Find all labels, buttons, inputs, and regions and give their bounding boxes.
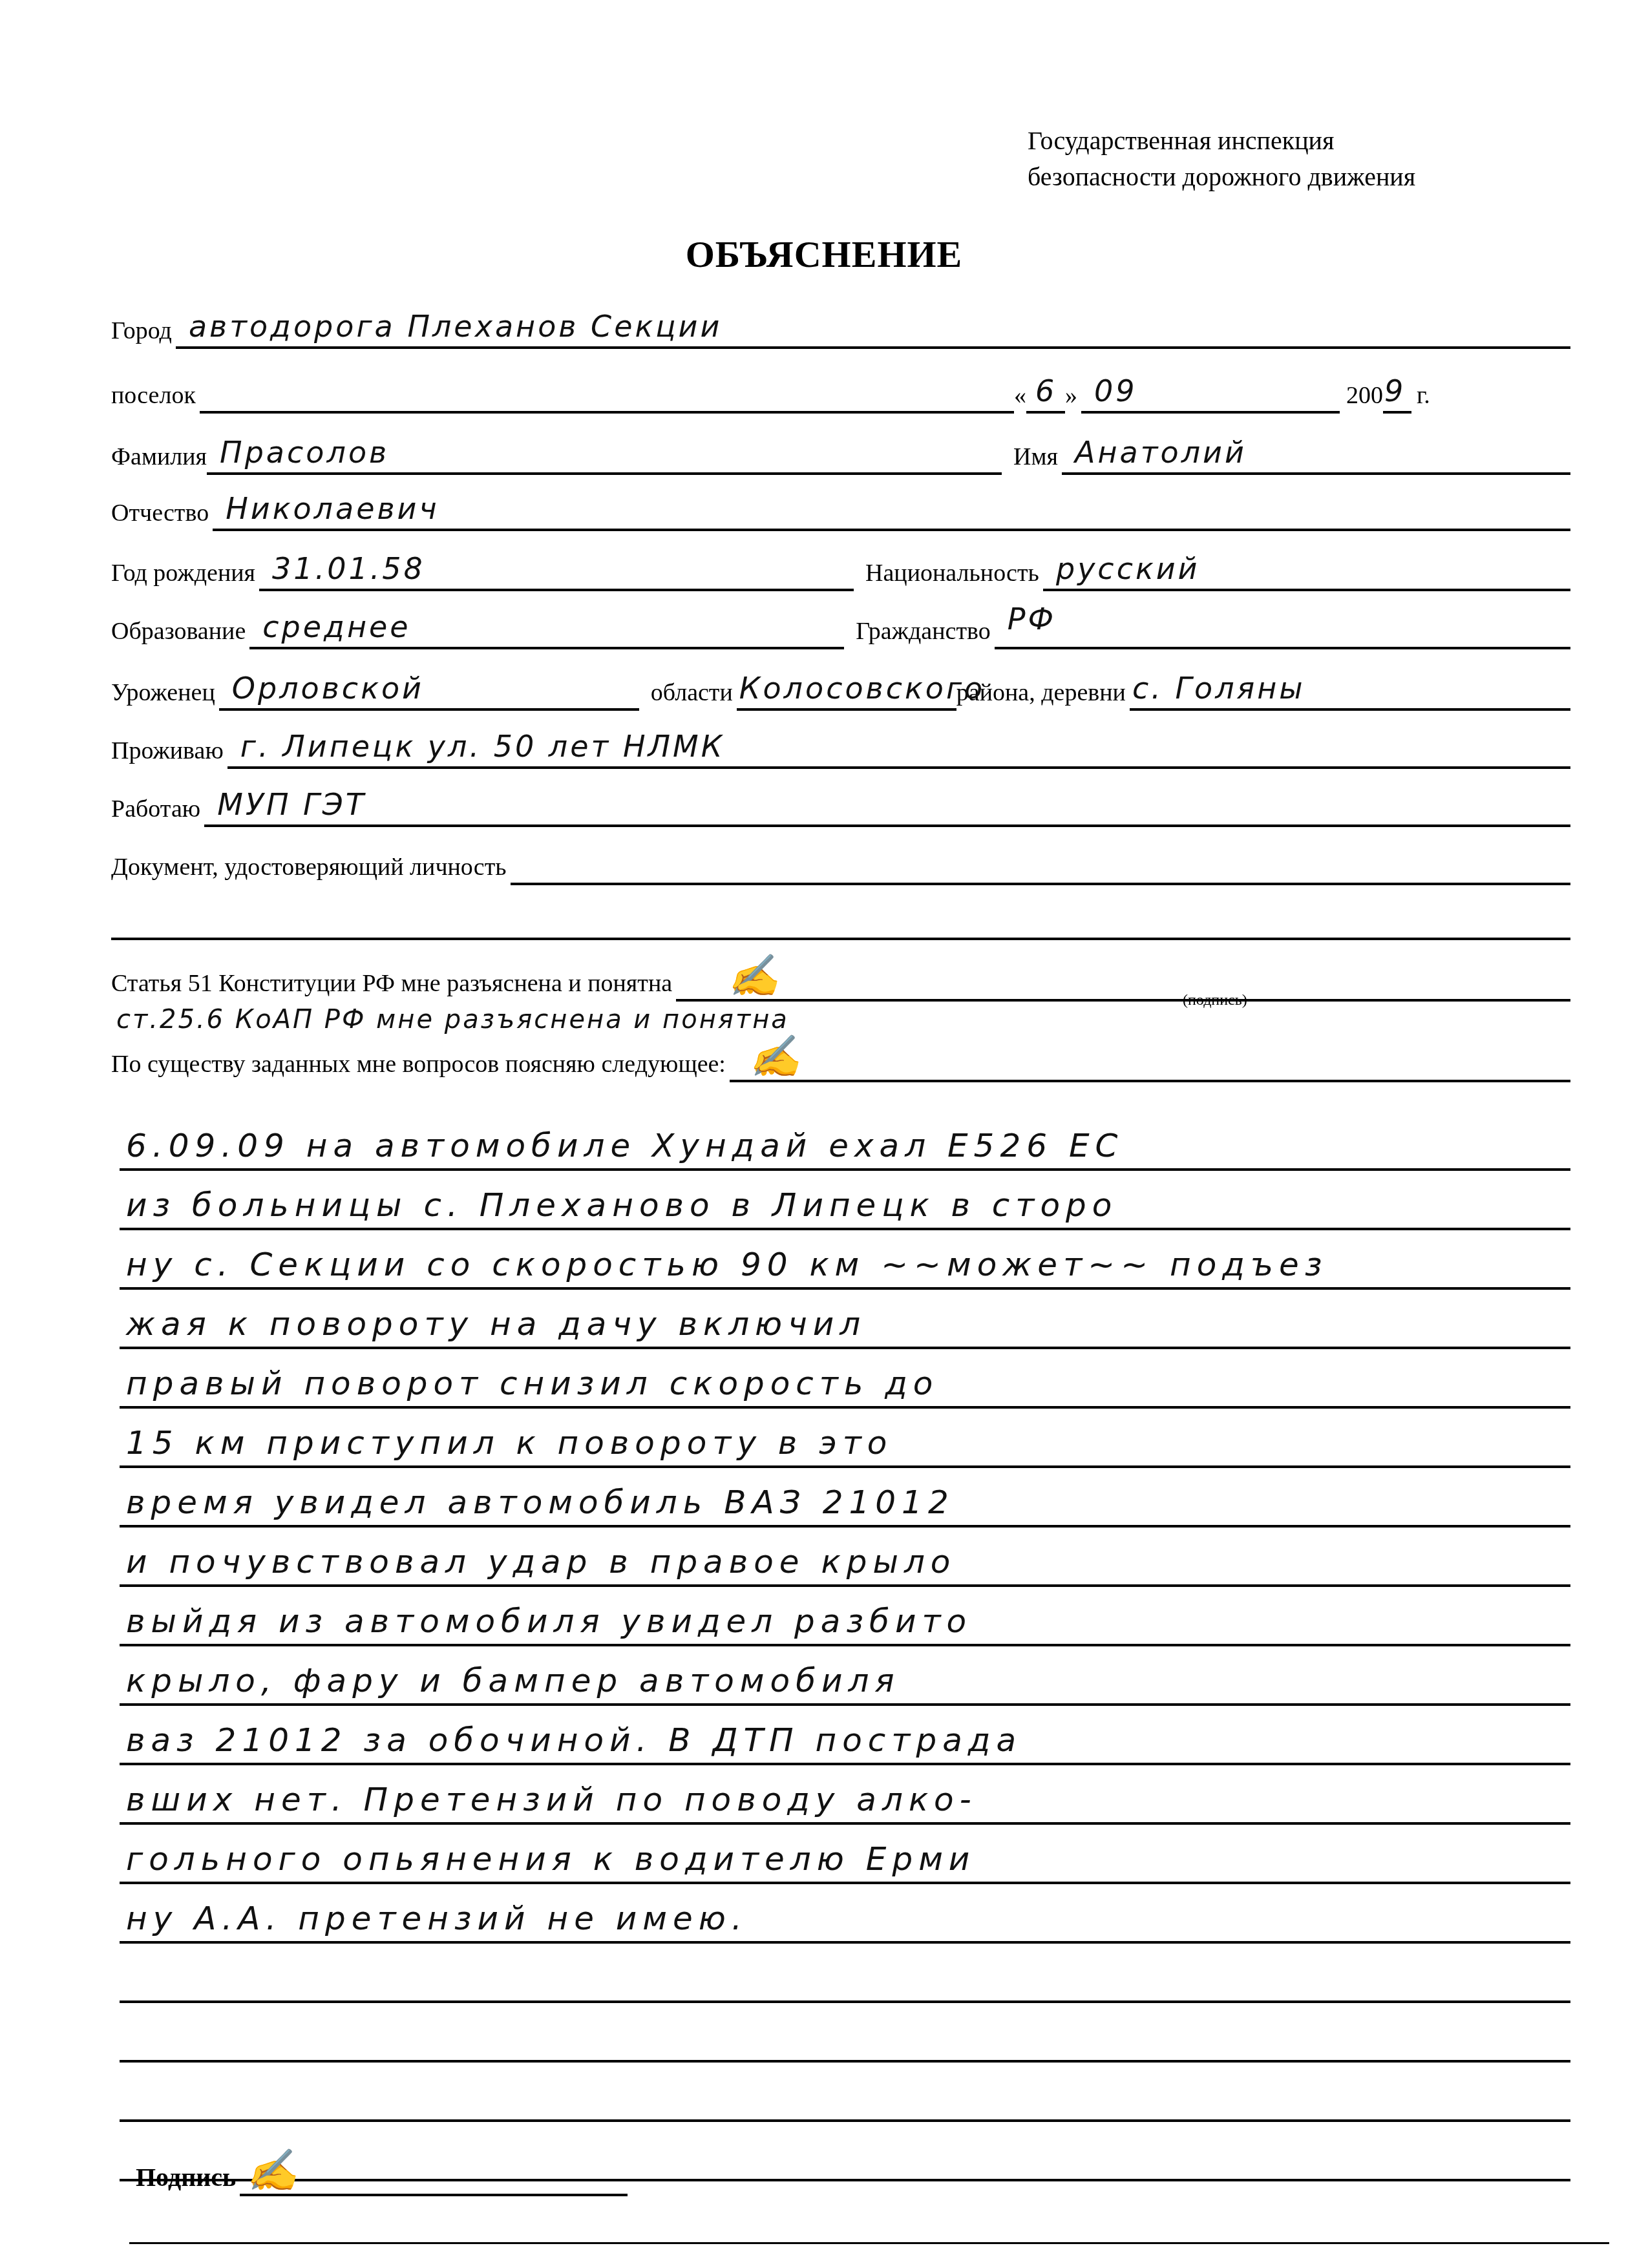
- agency-line-2: безопасности дорожного движения: [1028, 159, 1415, 195]
- first-name-label: Имя: [1013, 443, 1058, 475]
- id-document-row: Документ, удостоверяющий личность: [111, 840, 1570, 885]
- narrative-line[interactable]: время увидел автомобиль ВАЗ 21012: [120, 1468, 1570, 1528]
- birth-nationality-row: Год рождения 31.01.58 Национальность рус…: [111, 546, 1570, 591]
- date-month-value: 09: [1094, 373, 1137, 408]
- narrative-line[interactable]: жая к повороту на дачу включил: [120, 1290, 1570, 1349]
- residence-value: г. Липецк ул. 50 лет НЛМК: [240, 729, 725, 764]
- nationality-value: русский: [1056, 551, 1200, 586]
- settlement-date-row: поселок « 6 » 09 200 9 г.: [111, 368, 1570, 414]
- article51-label: Статья 51 Конституции РФ мне разъяснена …: [111, 969, 672, 1002]
- narrative-text: гольного опьянения к водителю Ерми: [126, 1840, 975, 1878]
- education-value: среднее: [262, 609, 410, 644]
- nationality-label: Национальность: [865, 559, 1039, 591]
- narrative-line[interactable]: ваз 21012 за обочиной. В ДТП пострада: [120, 1706, 1570, 1765]
- birth-date-label: Год рождения: [111, 559, 255, 591]
- settlement-field[interactable]: [200, 371, 1014, 414]
- city-row: Город автодорога Плеханов Секции: [111, 304, 1570, 349]
- region-label: области: [651, 678, 733, 711]
- settlement-label: поселок: [111, 381, 196, 414]
- patronymic-value: Николаевич: [226, 491, 439, 526]
- id-document-field[interactable]: [511, 843, 1570, 885]
- id-document-row-2: [111, 895, 1570, 940]
- narrative-line[interactable]: 15 км приступил к повороту в это: [120, 1409, 1570, 1468]
- signature-row: Подпись ✍: [136, 2155, 628, 2196]
- native-of-label: Уроженец: [111, 678, 215, 711]
- narrative-line[interactable]: и почувствовал удар в правое крыло: [120, 1528, 1570, 1587]
- birth-date-field[interactable]: 31.01.58: [259, 549, 854, 591]
- narrative-text: правый поворот снизил скорость до: [126, 1365, 938, 1402]
- narrative-line[interactable]: из больницы с. Плехановo в Липецк в стор…: [120, 1171, 1570, 1230]
- surname-field[interactable]: Прасолов: [207, 432, 1002, 475]
- workplace-value: МУП ГЭТ: [217, 787, 366, 822]
- workplace-field[interactable]: МУП ГЭТ: [204, 784, 1570, 827]
- narrative-text: жая к повороту на дачу включил: [126, 1305, 866, 1343]
- narrative-line[interactable]: вших нет. Претензий по поводу алко-: [120, 1765, 1570, 1825]
- signature-field[interactable]: ✍: [240, 2155, 628, 2196]
- page-bottom-rule: [129, 2242, 1609, 2244]
- narrative-text: ну с. Секции со скоростью 90 км ~~может~…: [126, 1246, 1327, 1283]
- date-month-field[interactable]: 09: [1081, 371, 1340, 414]
- narrative-text: из больницы с. Плехановo в Липецк в стор…: [126, 1186, 1117, 1224]
- date-year-prefix: 200: [1346, 381, 1383, 414]
- agency-header: Государственная инспекция безопасности д…: [1028, 123, 1415, 195]
- native-of-field[interactable]: Орловской: [219, 668, 639, 711]
- date-day-open: «: [1014, 381, 1026, 414]
- document-title: ОБЪЯСНЕНИЕ: [0, 233, 1648, 276]
- city-field[interactable]: автодорога Плеханов Секции: [176, 306, 1570, 349]
- narrative-text: выйдя из автомобиля увидел разбито: [126, 1602, 972, 1640]
- date-day-field[interactable]: 6: [1026, 371, 1065, 414]
- residence-field[interactable]: г. Липецк ул. 50 лет НЛМК: [227, 726, 1570, 769]
- citizenship-label: Гражданство: [856, 617, 990, 649]
- region-value: Колосовского: [739, 671, 985, 706]
- agency-line-1: Государственная инспекция: [1028, 123, 1415, 159]
- article51-row: Статья 51 Конституции РФ мне разъяснена …: [111, 956, 1570, 1002]
- narrative-text: 6.09.09 на автомобиле Хундай ехал Е526 Е…: [126, 1127, 1123, 1164]
- narrative-text: вших нет. Претензий по поводу алко-: [126, 1781, 977, 1818]
- date-day-value: 6: [1035, 373, 1057, 408]
- narrative-line[interactable]: 6.09.09 на автомобиле Хундай ехал Е526 Е…: [120, 1111, 1570, 1171]
- patronymic-row: Отчество Николаевич: [111, 486, 1570, 531]
- patronymic-label: Отчество: [111, 499, 209, 531]
- birth-date-value: 31.01.58: [272, 551, 425, 586]
- date-year-unit: г.: [1417, 381, 1430, 414]
- narrative-line[interactable]: ну А.А. претензий не имею.: [120, 1884, 1570, 1944]
- workplace-row: Работаю МУП ГЭТ: [111, 782, 1570, 827]
- surname-value: Прасолов: [220, 435, 389, 470]
- explanation-intro-signature-field[interactable]: ✍: [730, 1040, 1570, 1082]
- first-name-value: Анатолий: [1075, 435, 1247, 470]
- city-value: автодорога Плеханов Секции: [189, 309, 722, 344]
- explanation-intro-row: По существу заданных мне вопросов поясня…: [111, 1037, 1570, 1082]
- workplace-label: Работаю: [111, 795, 200, 827]
- education-label: Образование: [111, 617, 246, 649]
- explanation-intro-signature: ✍: [749, 1033, 801, 1081]
- residence-label: Проживаю: [111, 737, 224, 769]
- narrative-line[interactable]: [120, 1944, 1570, 2003]
- date-day-close: »: [1065, 381, 1077, 414]
- date-year-field[interactable]: 9: [1383, 371, 1411, 414]
- narrative-text: крыло, фару и бампер автомобиля: [126, 1662, 900, 1699]
- patronymic-field[interactable]: Николаевич: [213, 488, 1570, 531]
- narrative-text: время увидел автомобиль ВАЗ 21012: [126, 1484, 955, 1521]
- citizenship-value: РФ: [1008, 602, 1056, 636]
- narrative-line[interactable]: [120, 2003, 1570, 2063]
- narrative-text: ну А.А. претензий не имею.: [126, 1900, 748, 1937]
- narrative-line[interactable]: гольного опьянения к водителю Ерми: [120, 1825, 1570, 1884]
- district-village-field[interactable]: с. Голяны: [1130, 668, 1570, 711]
- signature-caption: (подпись): [1183, 992, 1247, 1009]
- narrative-line[interactable]: крыло, фару и бампер автомобиля: [120, 1646, 1570, 1706]
- narrative-line[interactable]: [120, 2063, 1570, 2122]
- explanation-intro-label: По существу заданных мне вопросов поясня…: [111, 1050, 726, 1082]
- education-field[interactable]: среднее: [249, 607, 844, 649]
- koap-note: ст.25.6 КоАП РФ мне разъяснена и понятна: [116, 1005, 789, 1034]
- native-of-value: Орловской: [232, 671, 424, 706]
- article51-signature-field[interactable]: ✍: [676, 959, 1570, 1002]
- narrative-line[interactable]: ну с. Секции со скоростью 90 км ~~может~…: [120, 1230, 1570, 1290]
- city-label: Город: [111, 317, 172, 349]
- nationality-field[interactable]: русский: [1043, 549, 1570, 591]
- citizenship-field[interactable]: РФ: [995, 607, 1570, 649]
- birthplace-row: Уроженец Орловской области Колосовского …: [111, 666, 1570, 711]
- narrative-text: 15 км приступил к повороту в это: [126, 1424, 893, 1462]
- explanation-form-page: Государственная инспекция безопасности д…: [0, 0, 1648, 2268]
- narrative-text: и почувствовал удар в правое крыло: [126, 1543, 956, 1580]
- first-name-field[interactable]: Анатолий: [1062, 432, 1570, 475]
- narrative-line[interactable]: правый поворот снизил скорость до: [120, 1349, 1570, 1409]
- signature-mark: ✍: [246, 2147, 298, 2195]
- signature-label: Подпись: [136, 2162, 236, 2196]
- surname-label: Фамилия: [111, 443, 207, 475]
- narrative-text: ваз 21012 за обочиной. В ДТП пострада: [126, 1721, 1022, 1759]
- narrative-lines: 6.09.09 на автомобиле Хундай ехал Е526 Е…: [120, 1111, 1570, 2181]
- name-row: Фамилия Прасолов Имя Анатолий: [111, 430, 1570, 475]
- residence-row: Проживаю г. Липецк ул. 50 лет НЛМК: [111, 724, 1570, 769]
- id-document-field-2[interactable]: [111, 898, 1570, 940]
- date-year-value: 9: [1384, 373, 1406, 408]
- region-field[interactable]: Колосовского: [737, 668, 956, 711]
- education-citizenship-row: Образование среднее Гражданство РФ: [111, 604, 1570, 649]
- district-village-value: с. Голяны: [1132, 671, 1305, 706]
- id-document-label: Документ, удостоверяющий личность: [111, 853, 507, 885]
- narrative-line[interactable]: выйдя из автомобиля увидел разбито: [120, 1587, 1570, 1646]
- article51-signature: ✍: [728, 952, 779, 1000]
